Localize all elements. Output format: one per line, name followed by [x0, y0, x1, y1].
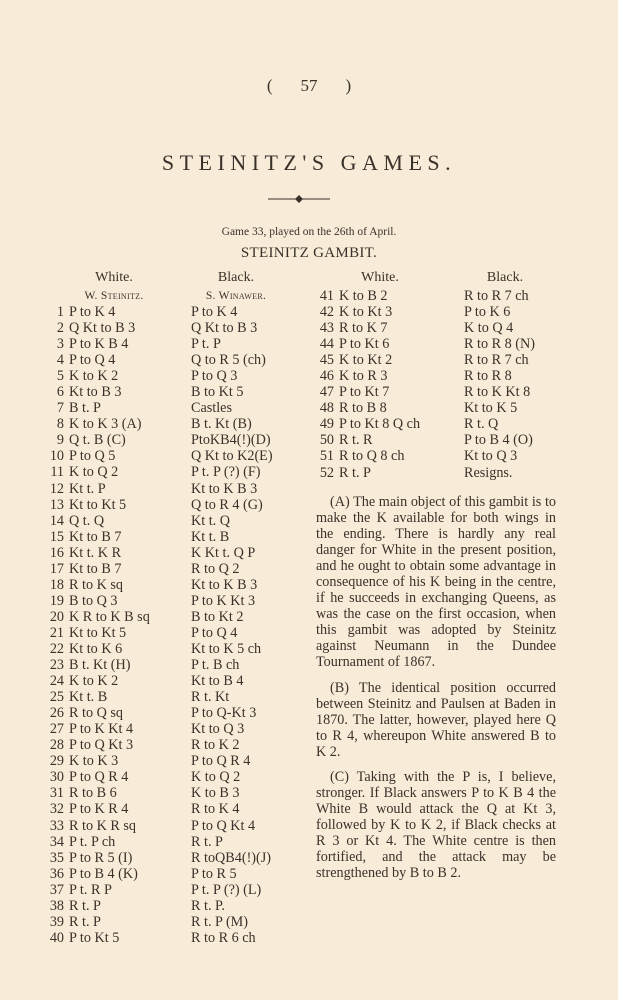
- move-row: 20K R to K B sqB to Kt 2: [46, 609, 306, 625]
- black-move: R to R 7 ch: [464, 288, 529, 304]
- page-title: STEINITZ'S GAMES.: [0, 150, 618, 176]
- black-move: P to Q-Kt 3: [191, 705, 256, 721]
- move-number: 4: [46, 352, 64, 368]
- black-move: B t. Kt (B): [191, 416, 252, 432]
- note-c: (C) Taking with the P is, I believe, str…: [316, 769, 556, 881]
- white-move: P to Kt 7: [339, 384, 464, 400]
- move-number: 8: [46, 416, 64, 432]
- move-row: 22Kt to K 6Kt to K 5 ch: [46, 641, 306, 657]
- white-move: R t. R: [339, 432, 464, 448]
- move-number: 31: [46, 785, 64, 801]
- move-row: 28P to Q Kt 3R to K 2: [46, 737, 306, 753]
- white-move: R to K sq: [69, 577, 191, 593]
- black-move: Q to R 5 (ch): [191, 352, 266, 368]
- white-move: Kt to Kt 5: [69, 625, 191, 641]
- move-row: 3P to K B 4P t. P: [46, 336, 306, 352]
- white-move: R t. P: [69, 898, 191, 914]
- move-number: 26: [46, 705, 64, 721]
- move-number: 16: [46, 545, 64, 561]
- white-move: R to B 6: [69, 785, 191, 801]
- move-number: 9: [46, 432, 64, 448]
- move-row: 11K to Q 2P t. P (?) (F): [46, 464, 306, 480]
- white-move: K to K 3: [69, 753, 191, 769]
- move-number: 40: [46, 930, 64, 946]
- move-row: 43R to K 7K to Q 4: [316, 320, 578, 336]
- black-move: Kt to Q 3: [464, 448, 517, 464]
- white-move: K to Kt 2: [339, 352, 464, 368]
- black-move: Q to R 4 (G): [191, 497, 263, 513]
- black-move: R t. P: [191, 834, 223, 850]
- move-row: 5K to K 2P to Q 3: [46, 368, 306, 384]
- white-move: P to B 4 (K): [69, 866, 191, 882]
- move-row: 10P to Q 5Q Kt to K2(E): [46, 448, 306, 464]
- close-paren: ): [346, 76, 352, 96]
- move-number: 46: [316, 368, 334, 384]
- right-black-header-block: Black.: [460, 270, 550, 286]
- black-move: Kt t. B: [191, 529, 229, 545]
- black-move: R to R 7 ch: [464, 352, 529, 368]
- black-move: R to R 6 ch: [191, 930, 256, 946]
- white-move: R to K 7: [339, 320, 464, 336]
- black-move: P to Q 4: [191, 625, 237, 641]
- move-row: 27P to K Kt 4Kt to Q 3: [46, 721, 306, 737]
- black-move: R to R 8: [464, 368, 512, 384]
- move-row: 35P to R 5 (I)R toQB4(!)(J): [46, 850, 306, 866]
- move-number: 22: [46, 641, 64, 657]
- move-number: 50: [316, 432, 334, 448]
- move-number: 36: [46, 866, 64, 882]
- move-number: 51: [316, 448, 334, 464]
- move-row: 1P to K 4P to K 4: [46, 304, 306, 320]
- move-row: 17Kt to B 7R to Q 2: [46, 561, 306, 577]
- move-row: 12Kt t. PKt to K B 3: [46, 481, 306, 497]
- move-row: 48R to B 8Kt to K 5: [316, 400, 578, 416]
- white-move: P to K 4: [69, 304, 191, 320]
- white-move: P to Kt 6: [339, 336, 464, 352]
- black-move: Resigns.: [464, 465, 512, 481]
- move-row: 47P to Kt 7R to K Kt 8: [316, 384, 578, 400]
- move-row: 49P to Kt 8 Q chR t. Q: [316, 416, 578, 432]
- move-row: 51R to Q 8 chKt to Q 3: [316, 448, 578, 464]
- black-move: Kt to K 5: [464, 400, 517, 416]
- move-row: 14Q t. QKt t. Q: [46, 513, 306, 529]
- black-move: Kt to K 5 ch: [191, 641, 261, 657]
- move-number: 39: [46, 914, 64, 930]
- move-number: 52: [316, 465, 334, 481]
- black-move: B to Kt 2: [191, 609, 243, 625]
- move-row: 24K to K 2Kt to B 4: [46, 673, 306, 689]
- move-number: 10: [46, 448, 64, 464]
- black-move: K to B 3: [191, 785, 239, 801]
- move-row: 50R t. RP to B 4 (O): [316, 432, 578, 448]
- white-move: Kt t. P: [69, 481, 191, 497]
- move-row: 16Kt t. K RK Kt t. Q P: [46, 545, 306, 561]
- white-move: Kt to B 3: [69, 384, 191, 400]
- move-row: 15Kt to B 7Kt t. B: [46, 529, 306, 545]
- black-player: S. Winawer.: [186, 288, 286, 304]
- move-row: 30P to Q R 4K to Q 2: [46, 769, 306, 785]
- black-move: P to Q Kt 4: [191, 818, 255, 834]
- move-number: 5: [46, 368, 64, 384]
- move-row: 46K to R 3R to R 8: [316, 368, 578, 384]
- right-white-header-block: White.: [335, 270, 425, 286]
- white-move: P to Q 4: [69, 352, 191, 368]
- left-black-header-block: Black. S. Winawer.: [186, 270, 286, 304]
- move-row: 21Kt to Kt 5P to Q 4: [46, 625, 306, 641]
- white-move: R to K R sq: [69, 818, 191, 834]
- white-move: B t. Kt (H): [69, 657, 191, 673]
- black-move: P to K 4: [191, 304, 237, 320]
- move-number: 29: [46, 753, 64, 769]
- move-row: 8K to K 3 (A)B t. Kt (B): [46, 416, 306, 432]
- white-move: P to Q R 4: [69, 769, 191, 785]
- white-move: P to R 5 (I): [69, 850, 191, 866]
- move-row: 6Kt to B 3B to Kt 5: [46, 384, 306, 400]
- white-move: P t. R P: [69, 882, 191, 898]
- move-row: 37P t. R PP t. P (?) (L): [46, 882, 306, 898]
- white-move: R t. P: [69, 914, 191, 930]
- white-move: K R to K B sq: [69, 609, 191, 625]
- move-row: 34P t. P chR t. P: [46, 834, 306, 850]
- black-move: Kt to K B 3: [191, 481, 257, 497]
- note-b: (B) The identical position occurred betw…: [316, 680, 556, 760]
- white-move: B t. P: [69, 400, 191, 416]
- move-number: 41: [316, 288, 334, 304]
- moves-list-left: 1P to K 4P to K 42Q Kt to B 3Q Kt to B 3…: [46, 304, 306, 946]
- move-row: 38R t. PR t. P.: [46, 898, 306, 914]
- black-move: P to K Kt 3: [191, 593, 255, 609]
- white-move: K to K 2: [69, 368, 191, 384]
- white-move: R to Q sq: [69, 705, 191, 721]
- move-number: 3: [46, 336, 64, 352]
- move-number: 6: [46, 384, 64, 400]
- move-number: 18: [46, 577, 64, 593]
- white-player: W. Steinitz.: [64, 288, 164, 304]
- move-number: 42: [316, 304, 334, 320]
- white-move: P to Q Kt 3: [69, 737, 191, 753]
- black-move: R to K 2: [191, 737, 239, 753]
- black-move: Q Kt to B 3: [191, 320, 257, 336]
- white-move: Kt to K 6: [69, 641, 191, 657]
- move-number: 14: [46, 513, 64, 529]
- black-move: Kt t. Q: [191, 513, 230, 529]
- black-move: B to Kt 5: [191, 384, 243, 400]
- move-row: 44P to Kt 6R to R 8 (N): [316, 336, 578, 352]
- move-row: 32P to K R 4R to K 4: [46, 801, 306, 817]
- black-move: R to R 8 (N): [464, 336, 535, 352]
- move-row: 2Q Kt to B 3Q Kt to B 3: [46, 320, 306, 336]
- move-row: 40P to Kt 5R to R 6 ch: [46, 930, 306, 946]
- move-number: 27: [46, 721, 64, 737]
- black-header-right: Black.: [460, 270, 550, 286]
- move-number: 25: [46, 689, 64, 705]
- move-number: 43: [316, 320, 334, 336]
- move-number: 1: [46, 304, 64, 320]
- page-number: (57): [0, 76, 618, 96]
- white-move: P to K R 4: [69, 801, 191, 817]
- white-move: K to Q 2: [69, 464, 191, 480]
- annotations: (A) The main object of this gambit is to…: [316, 494, 556, 890]
- white-move: Kt t. B: [69, 689, 191, 705]
- move-row: 13Kt to Kt 5Q to R 4 (G): [46, 497, 306, 513]
- black-move: R to K Kt 8: [464, 384, 530, 400]
- move-number: 12: [46, 481, 64, 497]
- black-move: Kt to B 4: [191, 673, 243, 689]
- white-move: B to Q 3: [69, 593, 191, 609]
- opening-name: STEINITZ GAMBIT.: [0, 245, 618, 262]
- black-move: Castles: [191, 400, 232, 416]
- black-move: P to B 4 (O): [464, 432, 533, 448]
- white-move: Kt t. K R: [69, 545, 191, 561]
- white-move: K to R 3: [339, 368, 464, 384]
- move-row: 18R to K sqKt to K B 3: [46, 577, 306, 593]
- black-move: P t. P (?) (L): [191, 882, 261, 898]
- move-number: 37: [46, 882, 64, 898]
- move-number: 30: [46, 769, 64, 785]
- black-move: R t. P (M): [191, 914, 248, 930]
- move-row: 29K to K 3P to Q R 4: [46, 753, 306, 769]
- white-move: R t. P: [339, 465, 464, 481]
- move-number: 47: [316, 384, 334, 400]
- white-move: Kt to B 7: [69, 561, 191, 577]
- move-number: 19: [46, 593, 64, 609]
- move-number: 20: [46, 609, 64, 625]
- white-move: P t. P ch: [69, 834, 191, 850]
- black-move: K Kt t. Q P: [191, 545, 255, 561]
- black-header: Black.: [186, 270, 286, 286]
- white-move: Q t. B (C): [69, 432, 191, 448]
- white-move: Kt to Kt 5: [69, 497, 191, 513]
- black-move: R t. Q: [464, 416, 498, 432]
- move-row: 45K to Kt 2R to R 7 ch: [316, 352, 578, 368]
- move-number: 24: [46, 673, 64, 689]
- white-move: P to Q 5: [69, 448, 191, 464]
- white-move: Q Kt to B 3: [69, 320, 191, 336]
- white-move: K to K 3 (A): [69, 416, 191, 432]
- black-move: P t. B ch: [191, 657, 239, 673]
- white-move: K to Kt 3: [339, 304, 464, 320]
- move-row: 31R to B 6K to B 3: [46, 785, 306, 801]
- white-header: White.: [64, 270, 164, 286]
- move-row: 26R to Q sqP to Q-Kt 3: [46, 705, 306, 721]
- black-move: R t. Kt: [191, 689, 229, 705]
- move-number: 23: [46, 657, 64, 673]
- move-number: 49: [316, 416, 334, 432]
- move-number: 35: [46, 850, 64, 866]
- move-number: 11: [46, 464, 64, 480]
- white-move: P to Kt 5: [69, 930, 191, 946]
- move-number: 33: [46, 818, 64, 834]
- black-move: R to Q 2: [191, 561, 239, 577]
- move-row: 19B to Q 3P to K Kt 3: [46, 593, 306, 609]
- move-row: 41K to B 2R to R 7 ch: [316, 288, 578, 304]
- open-paren: (: [267, 76, 273, 96]
- black-move: K to Q 4: [464, 320, 513, 336]
- white-header-right: White.: [335, 270, 425, 286]
- white-move: R to B 8: [339, 400, 464, 416]
- note-a: (A) The main object of this gambit is to…: [316, 494, 556, 671]
- move-number: 2: [46, 320, 64, 336]
- move-row: 52R t. PResigns.: [316, 465, 578, 481]
- white-move: P to Kt 8 Q ch: [339, 416, 464, 432]
- move-row: 39R t. PR t. P (M): [46, 914, 306, 930]
- white-move: Q t. Q: [69, 513, 191, 529]
- white-move: P to K B 4: [69, 336, 191, 352]
- white-move: R to Q 8 ch: [339, 448, 464, 464]
- move-row: 36P to B 4 (K)P to R 5: [46, 866, 306, 882]
- white-move: K to B 2: [339, 288, 464, 304]
- black-move: P to R 5: [191, 866, 237, 882]
- black-move: K to Q 2: [191, 769, 240, 785]
- move-number: 21: [46, 625, 64, 641]
- move-number: 44: [316, 336, 334, 352]
- move-number: 28: [46, 737, 64, 753]
- black-move: Kt to K B 3: [191, 577, 257, 593]
- black-move: P to K 6: [464, 304, 510, 320]
- move-number: 38: [46, 898, 64, 914]
- move-row: 25Kt t. BR t. Kt: [46, 689, 306, 705]
- move-row: 23B t. Kt (H)P t. B ch: [46, 657, 306, 673]
- move-number: 17: [46, 561, 64, 577]
- black-move: Q Kt to K2(E): [191, 448, 273, 464]
- move-number: 34: [46, 834, 64, 850]
- move-row: 7B t. PCastles: [46, 400, 306, 416]
- move-number: 7: [46, 400, 64, 416]
- move-row: 33R to K R sqP to Q Kt 4: [46, 818, 306, 834]
- move-number: 32: [46, 801, 64, 817]
- white-move: Kt to B 7: [69, 529, 191, 545]
- move-row: 4P to Q 4Q to R 5 (ch): [46, 352, 306, 368]
- white-move: K to K 2: [69, 673, 191, 689]
- move-number: 48: [316, 400, 334, 416]
- black-move: R toQB4(!)(J): [191, 850, 271, 866]
- black-move: P t. P (?) (F): [191, 464, 261, 480]
- black-move: P to Q 3: [191, 368, 237, 384]
- white-move: P to K Kt 4: [69, 721, 191, 737]
- move-number: 13: [46, 497, 64, 513]
- move-row: 42K to Kt 3P to K 6: [316, 304, 578, 320]
- moves-list-right: 41K to B 2R to R 7 ch42K to Kt 3P to K 6…: [316, 288, 578, 481]
- move-number: 15: [46, 529, 64, 545]
- page-number-value: 57: [301, 76, 318, 96]
- ornamental-divider: [268, 192, 330, 206]
- left-white-header-block: White. W. Steinitz.: [64, 270, 164, 304]
- black-move: R to K 4: [191, 801, 239, 817]
- black-move: R t. P.: [191, 898, 225, 914]
- black-move: P to Q R 4: [191, 753, 250, 769]
- move-number: 45: [316, 352, 334, 368]
- black-move: Kt to Q 3: [191, 721, 244, 737]
- black-move: PtoKB4(!)(D): [191, 432, 271, 448]
- game-heading: Game 33, played on the 26th of April.: [0, 226, 618, 238]
- black-move: P t. P: [191, 336, 221, 352]
- move-row: 9Q t. B (C)PtoKB4(!)(D): [46, 432, 306, 448]
